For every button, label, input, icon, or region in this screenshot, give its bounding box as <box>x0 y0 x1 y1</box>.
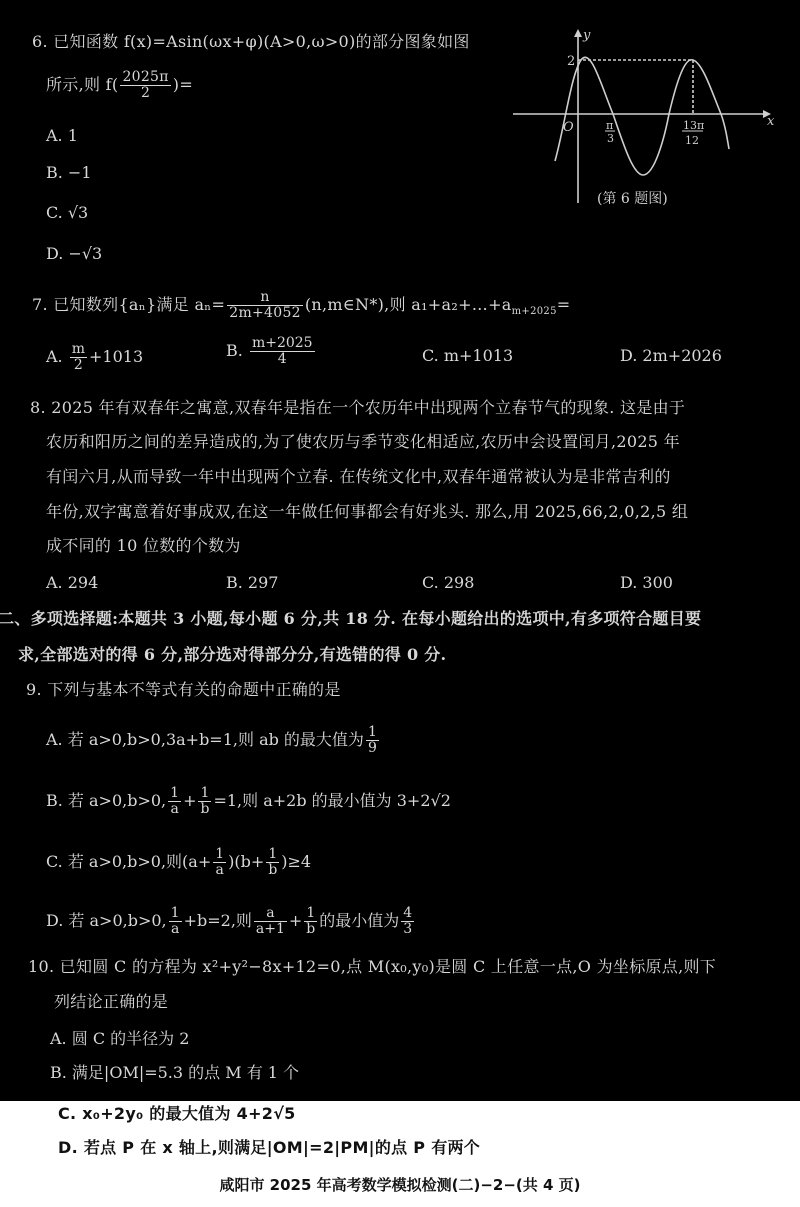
q9-option-d-f2-den: a+1 <box>254 922 287 937</box>
page-footer: 咸阳市 2025 年高考数学模拟检测(二)−2−(共 4 页) <box>0 1174 800 1195</box>
q9-option-d-frac1: 1a <box>169 906 182 937</box>
section2-header-line1: 二、多项选择题:本题共 3 小题,每小题 6 分,共 18 分. 在每小题给出的… <box>0 609 701 629</box>
q9-option-a-num: 1 <box>366 725 379 741</box>
q7-option-d: D. 2m+2026 <box>620 346 722 366</box>
q6-stem-line2: 所示,则 f(2025π2)= <box>46 70 193 101</box>
q7-option-b-num: m+2025 <box>250 336 315 352</box>
q9-option-d-f2-num: a <box>254 906 287 922</box>
q9-option-d-f3-num: 1 <box>304 906 317 922</box>
q10-stem-line2: 列结论正确的是 <box>54 992 168 1012</box>
q6-figure-caption: (第 6 题图) <box>597 188 668 208</box>
q6-option-b: B. −1 <box>46 163 92 183</box>
q9-option-c-frac2: 1b <box>266 847 279 878</box>
q9-option-d-frac2: aa+1 <box>254 906 287 937</box>
q6-stem-suffix: )= <box>173 75 193 94</box>
q6-option-c: C. √3 <box>46 203 88 223</box>
q9-option-c-prefix: C. 若 a>0,b>0,则(a+ <box>46 852 211 871</box>
q9-stem: 9. 下列与基本不等式有关的命题中正确的是 <box>26 680 341 700</box>
q6-stem-prefix: 所示,则 f( <box>46 75 118 94</box>
q6-frac-den: 2 <box>120 86 170 101</box>
q9-option-b-f1-num: 1 <box>168 786 181 802</box>
x-tick-pi-over-3-num: π <box>606 119 613 132</box>
q9-option-d-frac4: 43 <box>401 906 414 937</box>
y-axis-label: y <box>582 28 591 43</box>
q9-option-b-suffix: =1,则 a+2b 的最小值为 3+2√2 <box>213 791 450 810</box>
origin-label: O <box>563 120 574 135</box>
q9-option-d-f3-den: b <box>304 922 317 937</box>
sine-graph-svg: y x O 2 π 3 13π 12 <box>505 25 785 215</box>
q7-option-a-prefix: A. <box>46 347 68 366</box>
q9-option-c-f1-num: 1 <box>213 847 226 863</box>
q8-option-a: A. 294 <box>46 573 98 593</box>
q7-option-a-fraction: m2 <box>70 342 87 373</box>
q9-option-c-suffix: )≥4 <box>281 852 311 871</box>
q9-option-d-f4-den: 3 <box>401 922 414 937</box>
q9-option-c-f2-den: b <box>266 863 279 878</box>
q8-stem-line2: 农历和阳历之间的差异造成的,为了使农历与季节变化相适应,农历中会设置闰月,202… <box>46 432 680 452</box>
y-axis-arrow-icon <box>574 29 582 37</box>
q9-option-b-prefix: B. 若 a>0,b>0, <box>46 791 166 810</box>
q7-fraction: n2m+4052 <box>227 290 303 321</box>
x-axis-label: x <box>767 114 775 129</box>
q9-option-c-f1-den: a <box>213 863 226 878</box>
q7-frac-den: 2m+4052 <box>227 306 303 321</box>
q9-option-c-mid: )(b+ <box>228 852 264 871</box>
q9-option-b-f2-den: b <box>198 802 211 817</box>
q7-option-a-num: m <box>70 342 87 358</box>
q7-option-a-den: 2 <box>70 358 87 373</box>
q7-option-b: B. m+20254 <box>226 336 317 367</box>
q10-option-c: C. x₀+2y₀ 的最大值为 4+2√5 <box>58 1104 296 1124</box>
sine-curve <box>555 57 729 175</box>
section2-header-line2: 求,全部选对的得 6 分,部分选对得部分分,有选错的得 0 分. <box>18 645 446 665</box>
q9-option-a-den: 9 <box>366 741 379 756</box>
y-tick-2: 2 <box>567 54 575 69</box>
q9-option-d-prefix: D. 若 a>0,b>0, <box>46 911 167 930</box>
q6-frac-num: 2025π <box>120 70 170 86</box>
q10-option-d: D. 若点 P 在 x 轴上,则满足|OM|=2|PM|的点 P 有两个 <box>58 1138 480 1158</box>
q8-stem-line1: 8. 2025 年有双春年之寓意,双春年是指在一个农历年中出现两个立春节气的现象… <box>30 398 685 418</box>
q9-option-b-frac2: 1b <box>198 786 211 817</box>
q7-option-c: C. m+1013 <box>422 346 513 366</box>
q7-option-a: A. m2+1013 <box>46 342 143 373</box>
q9-option-c: C. 若 a>0,b>0,则(a+1a)(b+1b)≥4 <box>46 847 311 878</box>
q9-option-c-f2-num: 1 <box>266 847 279 863</box>
q9-option-d-frac3: 1b <box>304 906 317 937</box>
q7-option-b-prefix: B. <box>226 341 248 360</box>
q10-option-a: A. 圆 C 的半径为 2 <box>50 1029 189 1049</box>
q6-option-a: A. 1 <box>46 126 78 146</box>
q9-option-c-frac1: 1a <box>213 847 226 878</box>
q7-option-b-den: 4 <box>250 352 315 367</box>
q8-option-c: C. 298 <box>422 573 474 593</box>
x-tick-13pi-over-12-num: 13π <box>683 119 704 132</box>
q9-option-b-plus: + <box>183 791 196 810</box>
q10-stem-line1: 10. 已知圆 C 的方程为 x²+y²−8x+12=0,点 M(x₀,y₀)是… <box>28 957 716 977</box>
q10-option-b: B. 满足|OM|=5.3 的点 M 有 1 个 <box>50 1063 299 1083</box>
q9-option-d-f1-den: a <box>169 922 182 937</box>
x-tick-pi-over-3-den: 3 <box>607 132 614 145</box>
x-tick-13pi-over-12-den: 12 <box>685 134 699 147</box>
q7-subscript: m+2025 <box>512 306 557 317</box>
q7-stem-suffix: (n,m∈N*),则 a₁+a₂+…+a <box>305 295 512 314</box>
q9-option-d-mid: +b=2,则 <box>184 911 252 930</box>
q6-option-d: D. −√3 <box>46 244 102 264</box>
q8-stem-line5: 成不同的 10 位数的个数为 <box>46 536 241 556</box>
q9-option-b-f2-num: 1 <box>198 786 211 802</box>
q8-option-b: B. 297 <box>226 573 278 593</box>
q9-option-a-text: A. 若 a>0,b>0,3a+b=1,则 ab 的最大值为 <box>46 730 364 749</box>
q7-stem: 7. 已知数列{aₙ}满足 aₙ=n2m+4052(n,m∈N*),则 a₁+a… <box>32 290 570 322</box>
q9-option-d-f4-num: 4 <box>401 906 414 922</box>
q8-stem-line4: 年份,双字寓意着好事成双,在这一年做任何事都会有好兆头. 那么,用 2025,6… <box>46 502 688 522</box>
q9-option-a-fraction: 19 <box>366 725 379 756</box>
q7-frac-num: n <box>227 290 303 306</box>
q9-option-b-frac1: 1a <box>168 786 181 817</box>
q8-option-d: D. 300 <box>620 573 673 593</box>
q7-stem-end: = <box>557 295 571 314</box>
q6-fraction: 2025π2 <box>120 70 170 101</box>
q7-option-a-suffix: +1013 <box>89 347 143 366</box>
q7-option-b-fraction: m+20254 <box>250 336 315 367</box>
q9-option-d-mid2: 的最小值为 <box>319 911 399 930</box>
q9-option-d-plus: + <box>289 911 302 930</box>
q8-stem-line3: 有闰六月,从而导致一年中出现两个立春. 在传统文化中,双春年通常被认为是非常吉利… <box>46 467 671 487</box>
q9-option-a: A. 若 a>0,b>0,3a+b=1,则 ab 的最大值为19 <box>46 725 381 756</box>
q9-option-d-f1-num: 1 <box>169 906 182 922</box>
q6-sine-graph: y x O 2 π 3 13π 12 <box>505 25 785 215</box>
q6-stem-line1: 6. 已知函数 f(x)=Asin(ωx+φ)(A>0,ω>0)的部分图象如图 <box>32 32 470 52</box>
q9-option-b-f1-den: a <box>168 802 181 817</box>
q7-stem-prefix: 7. 已知数列{aₙ}满足 aₙ= <box>32 295 225 314</box>
q9-option-b: B. 若 a>0,b>0,1a+1b=1,则 a+2b 的最小值为 3+2√2 <box>46 786 451 817</box>
q9-option-d: D. 若 a>0,b>0,1a+b=2,则aa+1+1b的最小值为43 <box>46 906 416 937</box>
